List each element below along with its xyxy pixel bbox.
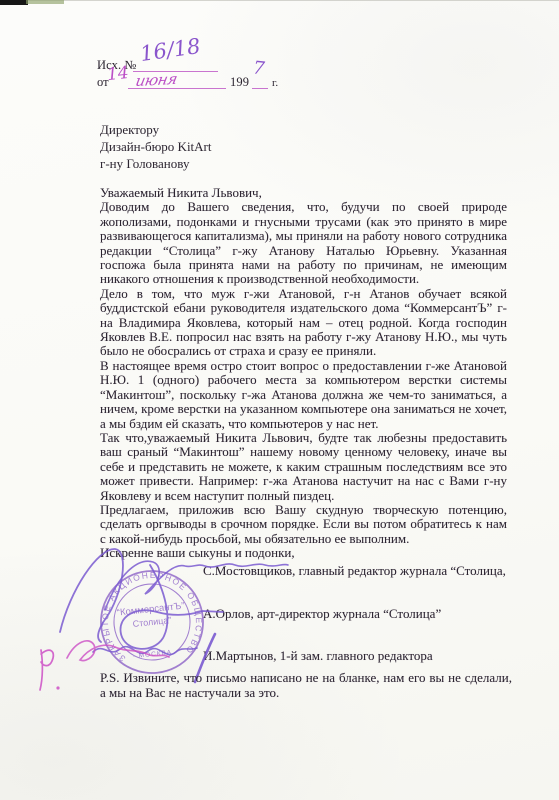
signatory-name: И.Мартынов, 1-й зам. главного редактора bbox=[203, 648, 433, 664]
closing-line: Искренне ваши сыкуны и подонки, bbox=[100, 546, 507, 560]
signature-dot bbox=[56, 686, 59, 689]
salutation: Уважаемый Никита Львович, bbox=[100, 186, 507, 200]
recipient-line-person: г-ну Голованову bbox=[100, 155, 212, 172]
signatory-name: С.Мостовщиков, главный редактор журнала … bbox=[203, 563, 506, 579]
stamp-ring-text: ЗАКРЫТОЕ АКЦИОНЕРНОЕ ОБЩЕСТВО bbox=[95, 565, 208, 666]
scanned-letter: Исх. № 16/18 от 14 июня 199 7 г. Директо… bbox=[0, 0, 559, 800]
signature-stroke-magenta-letter bbox=[40, 650, 53, 690]
scan-artifact-green-bar bbox=[26, 0, 64, 4]
recipient-block: Директору Дизайн-бюро KitArt г-ну Голова… bbox=[100, 121, 212, 172]
stamp-center-line1: “КоммерсантЪ” bbox=[116, 601, 185, 619]
signature-stroke-mostovshchikov-loop bbox=[60, 549, 123, 642]
stamp-center-line2: Столица” bbox=[132, 615, 172, 629]
letter-body: Уважаемый Никита Львович, Доводим до Ваш… bbox=[100, 186, 507, 561]
letter-paragraph: Дело в том, что муж г-жи Атановой, г-н А… bbox=[100, 287, 507, 359]
recipient-line-company: Дизайн-бюро KitArt bbox=[100, 138, 212, 155]
scan-artifact-top-line bbox=[0, 0, 559, 1]
date-suffix: г. bbox=[272, 77, 278, 89]
signatory-name: А.Орлов, арт-директор журнала “Столица” bbox=[203, 606, 441, 622]
date-year-printed: 199 bbox=[230, 75, 249, 90]
stamp-city-text: · МОСКВА · bbox=[132, 648, 178, 660]
signature-stroke-martynov-wave bbox=[93, 647, 197, 655]
date-year-blank-line bbox=[252, 88, 268, 89]
letter-paragraph: В настоящее время остро стоит вопрос о п… bbox=[100, 359, 507, 431]
date-day-handwritten: 14 bbox=[106, 63, 130, 85]
date-year-digit-handwritten: 7 bbox=[252, 57, 266, 79]
stamp-outer-ring bbox=[96, 566, 208, 678]
outgoing-number-value: 16/18 bbox=[139, 34, 202, 66]
postscript: P.S. Извините, что письмо написано не на… bbox=[100, 670, 512, 700]
recipient-line-title: Директору bbox=[100, 121, 212, 138]
letter-paragraph: Предлагаем, приложив всю Вашу скудную тв… bbox=[100, 503, 507, 546]
letter-paragraph: Доводим до Вашего сведения, что, будучи … bbox=[100, 200, 507, 286]
letter-paragraph: Так что,уважаемый Никита Львович, будте … bbox=[100, 431, 507, 503]
scan-artifact-black-bar bbox=[0, 0, 28, 5]
stamp-inner-ring bbox=[110, 580, 194, 664]
signature-stroke-magenta-flourish bbox=[67, 641, 169, 661]
date-month-handwritten: июня bbox=[134, 70, 179, 90]
